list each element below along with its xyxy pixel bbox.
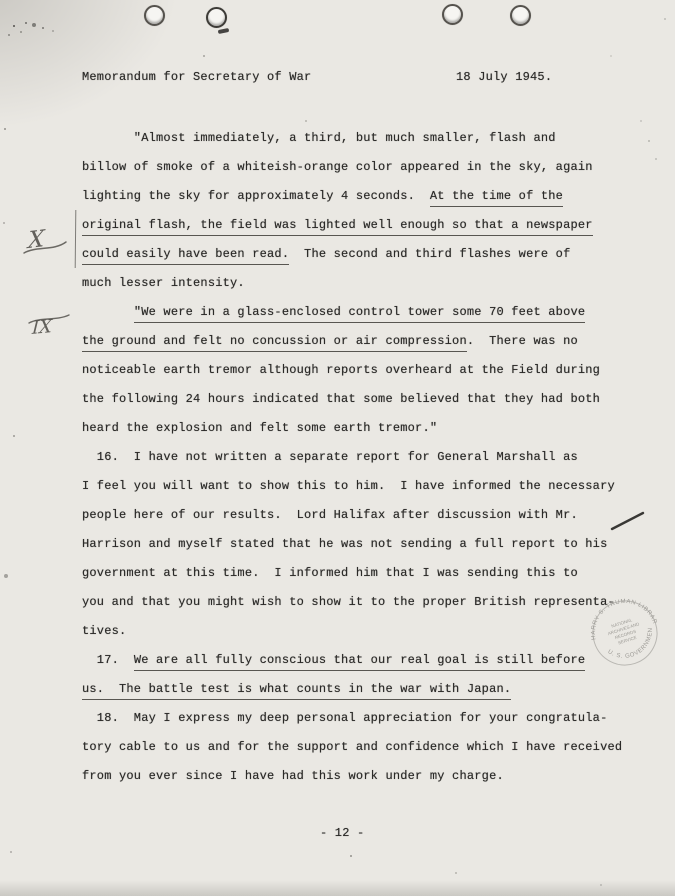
text-line-item-18-appreciation: from you ever since I have had this work… xyxy=(82,768,504,784)
margin-mark-ix-strike-icon xyxy=(28,314,70,336)
text-segment: The second and third flashes were of xyxy=(289,247,570,261)
text-segment: . There was no xyxy=(467,334,578,348)
text-segment: "Almost immediately, a third, but much s… xyxy=(82,131,556,145)
text-segment: I feel you will want to show this to him… xyxy=(82,479,615,493)
underlined-text: the ground and felt no concussion or air… xyxy=(82,334,467,352)
underlined-text: original flash, the field was lighted we… xyxy=(82,218,593,236)
text-line-item-17-battle-test: 17. We are all fully conscious that our … xyxy=(82,652,585,668)
ink-smudge xyxy=(218,28,230,34)
text-segment xyxy=(82,305,134,319)
underlined-text: could easily have been read. xyxy=(82,247,289,265)
text-line-quoted-observation-third-flash: original flash, the field was lighted we… xyxy=(82,217,593,233)
underlined-text: We are all fully conscious that our real… xyxy=(134,653,585,671)
text-segment: the following 24 hours indicated that so… xyxy=(82,392,600,406)
text-line-item-16-report-distribution: government at this time. I informed him … xyxy=(82,565,578,581)
text-line-item-16-report-distribution: Harrison and myself stated that he was n… xyxy=(82,536,607,552)
text-line-quoted-observation-third-flash: could easily have been read. The second … xyxy=(82,246,570,262)
text-line-quoted-observation-third-flash: much lesser intensity. xyxy=(82,275,245,291)
text-line-quoted-observation-control-tower: noticeable earth tremor although reports… xyxy=(82,362,600,378)
text-segment: you and that you might wish to show it t… xyxy=(82,595,615,609)
text-segment: 17. xyxy=(82,653,134,667)
text-line-quoted-observation-third-flash: billow of smoke of a whiteish-orange col… xyxy=(82,159,593,175)
underlined-text: At the time of the xyxy=(430,189,563,207)
text-line-item-16-report-distribution: I feel you will want to show this to him… xyxy=(82,478,615,494)
text-line-item-18-appreciation: 18. May I express my deep personal appre… xyxy=(82,710,607,726)
text-segment: tives. xyxy=(82,624,126,638)
text-segment: lighting the sky for approximately 4 sec… xyxy=(82,189,430,203)
slash-pencil-mark-icon xyxy=(608,508,648,534)
document-date: 18 July 1945. xyxy=(456,70,552,84)
text-segment: heard the explosion and felt some earth … xyxy=(82,421,437,435)
underlined-text: "We were in a glass-enclosed control tow… xyxy=(134,305,585,323)
text-line-quoted-observation-third-flash: "Almost immediately, a third, but much s… xyxy=(82,130,556,146)
text-segment: government at this time. I informed him … xyxy=(82,566,578,580)
text-line-item-16-report-distribution: tives. xyxy=(82,623,126,639)
text-line-quoted-observation-third-flash: lighting the sky for approximately 4 sec… xyxy=(82,188,563,204)
text-line-quoted-observation-control-tower: heard the explosion and felt some earth … xyxy=(82,420,437,436)
text-line-item-16-report-distribution: you and that you might wish to show it t… xyxy=(82,594,615,610)
text-segment: people here of our results. Lord Halifax… xyxy=(82,508,578,522)
text-line-item-16-report-distribution: 16. I have not written a separate report… xyxy=(82,449,578,465)
archive-stamp: HARRY S. TRUMAN LIBRARY U. S. GOVERNMENT… xyxy=(584,592,666,674)
document-title: Memorandum for Secretary of War xyxy=(82,70,311,84)
page-number: - 12 - xyxy=(320,826,364,840)
text-line-quoted-observation-control-tower: the following 24 hours indicated that so… xyxy=(82,391,600,407)
text-line-quoted-observation-control-tower: "We were in a glass-enclosed control tow… xyxy=(82,304,585,320)
text-segment: 18. May I express my deep personal appre… xyxy=(82,711,607,725)
punch-hole xyxy=(510,5,531,26)
punch-hole xyxy=(206,7,227,28)
text-segment: tory cable to us and for the support and… xyxy=(82,740,622,754)
underlined-text: us. The battle test is what counts in th… xyxy=(82,682,511,700)
margin-mark-x-strike-icon xyxy=(22,236,68,262)
text-line-item-16-report-distribution: people here of our results. Lord Halifax… xyxy=(82,507,578,523)
text-line-item-17-battle-test: us. The battle test is what counts in th… xyxy=(82,681,511,697)
text-line-item-18-appreciation: tory cable to us and for the support and… xyxy=(82,739,622,755)
text-segment: from you ever since I have had this work… xyxy=(82,769,504,783)
text-segment: 16. I have not written a separate report… xyxy=(82,450,578,464)
punch-hole xyxy=(442,4,463,25)
text-segment: Harrison and myself stated that he was n… xyxy=(82,537,607,551)
margin-vertical-pencil-line xyxy=(75,210,77,268)
text-segment: noticeable earth tremor although reports… xyxy=(82,363,600,377)
text-line-quoted-observation-control-tower: the ground and felt no concussion or air… xyxy=(82,333,578,349)
document-page: Memorandum for Secretary of War 18 July … xyxy=(0,0,675,896)
punch-hole xyxy=(144,5,165,26)
text-segment: billow of smoke of a whiteish-orange col… xyxy=(82,160,593,174)
scan-specks xyxy=(0,0,2,2)
text-segment: much lesser intensity. xyxy=(82,276,245,290)
